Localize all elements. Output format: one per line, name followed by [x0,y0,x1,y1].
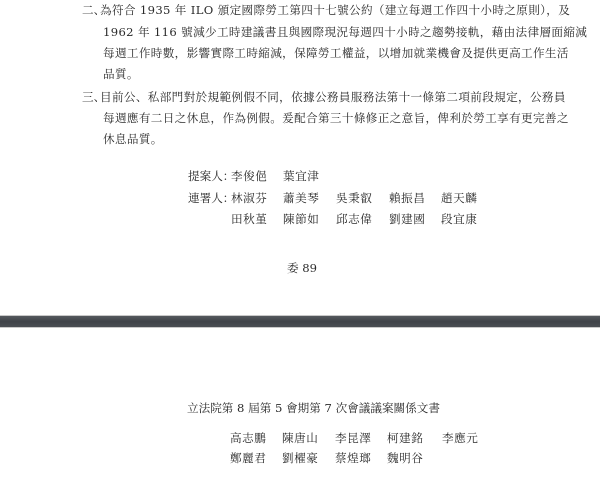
cosigner-name: 陳節如 [283,212,319,226]
cosigner-name: 賴振昌 [389,191,425,205]
cosigner-name: 趙天麟 [441,191,477,205]
document-header: 立法院第 8 屆第 5 會期第 7 次會議議案關係文書 [187,401,440,415]
proposer-name: 李俊俋 [231,169,267,183]
paragraph-line: 為符合 1935 年 ILO 頒定國際勞工第四十七號公約（建立每週工作四十小時之… [100,3,570,17]
cosigner-name: 田秋堇 [231,212,267,226]
paragraph-line: 品質。 [103,67,139,81]
page-number: 委 89 [287,261,317,275]
proposer-label: 提案人： [188,169,234,183]
cosigner-name: 魏明谷 [387,451,423,465]
paragraph-line: 每週工作時數，影響實際工時縮減，保障勞工權益，以增加就業機會及提供更高工作生活 [103,46,569,60]
paragraph-line: 目前公、私部門對於規範例假不同，依據公務員服務法第十一條第二項前段規定，公務員 [100,90,566,104]
paragraph-line: 每週應有二日之休息，作為例假。爰配合第三十條修正之意旨，俾利於勞工享有更完善之 [103,111,569,125]
paragraph-line: 休息品質。 [103,132,163,146]
page-bottom: 立法院第 8 屆第 5 會期第 7 次會議議案關係文書 高志鵬 陳唐山 李昆澤 … [0,328,600,485]
cosigner-name: 高志鵬 [230,431,266,445]
cosigner-name: 林淑芬 [231,191,267,205]
page-separator [0,315,600,328]
cosigner-name: 劉櫂豪 [282,451,318,465]
proposer-name: 葉宜津 [283,169,319,183]
cosigner-name: 鄭麗君 [230,451,266,465]
cosigner-name: 劉建國 [389,212,425,226]
cosigner-name: 柯建銘 [387,431,423,445]
cosigner-name: 李昆澤 [335,431,371,445]
cosigner-name: 蕭美琴 [283,191,319,205]
cosigner-name: 李應元 [442,431,478,445]
cosigner-name: 邱志偉 [336,212,372,226]
cosigner-name: 吳秉叡 [336,191,372,205]
cosigner-name: 蔡煌瑯 [335,451,371,465]
page-top: 二、 為符合 1935 年 ILO 頒定國際勞工第四十七號公約（建立每週工作四十… [0,0,600,315]
cosigner-name: 段宜康 [441,212,477,226]
paragraph-line: 1962 年 116 號減少工時建議書且與國際現況每週四十小時之趨勢接軌，藉由法… [103,25,587,39]
cosigner-label: 連署人： [188,191,234,205]
cosigner-name: 陳唐山 [282,431,318,445]
document-viewer[interactable]: 二、 為符合 1935 年 ILO 頒定國際勞工第四十七號公約（建立每週工作四十… [0,0,600,485]
